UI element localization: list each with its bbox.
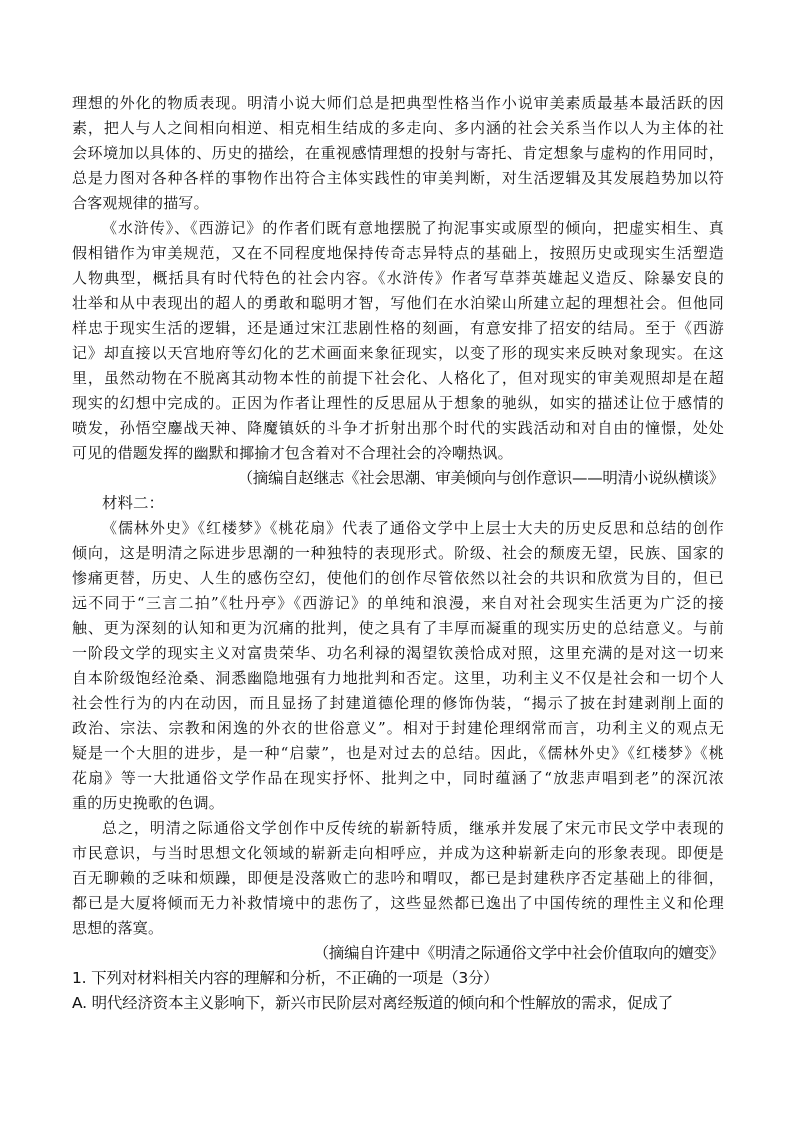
text-line: 思想的落寞。 xyxy=(72,916,724,941)
text-line: 现实的幻想中完成的。正因为作者让理性的反思屈从于想象的驰纵，如实的描述让位于感情… xyxy=(72,391,724,416)
material2-paragraph-1: 《儒林外史》《红楼梦》《桃花扇》代表了通俗文学中上层士大夫的历史反思和总结的创作… xyxy=(72,516,724,816)
exam-page: 理想的外化的物质表现。明清小说大师们总是把典型性格当作小说审美素质最基本最活跃的… xyxy=(72,91,724,1016)
text-line: 假相错作为审美规范，又在不同程度地保持传奇志异特点的基础上，按照历史或现实生活塑… xyxy=(72,241,724,266)
text-line: 记》却直接以天宫地府等幻化的艺术画面来象征现实，以变了形的现实来反映对象现实。在… xyxy=(72,341,724,366)
material2-source-citation: （摘编自许建中《明清之际通俗文学中社会价值取向的嬗变》 xyxy=(72,941,724,966)
text-line: 合客观规律的描写。 xyxy=(72,191,724,216)
text-line: 都已是大厦将倾而无力补救情境中的悲伤了，这些显然都已逸出了中国传统的理性主义和伦… xyxy=(72,891,724,916)
text-line: 市民意识，与当时思想文化领域的崭新走向相呼应，并成为这种崭新走向的形象表现。即便… xyxy=(72,841,724,866)
text-line: 理想的外化的物质表现。明清小说大师们总是把典型性格当作小说审美素质最基本最活跃的… xyxy=(72,91,724,116)
text-line: 触、更为深刻的认知和更为沉痛的批判，使之具有了丰厚而凝重的现实历史的总结意义。与… xyxy=(72,616,724,641)
text-line: 素，把人与人之间相向相逆、相克相生结成的多走向、多内涵的社会关系当作以人为主体的… xyxy=(72,116,724,141)
text-line: 疑是一个大胆的进步，是一种“启蒙”，也是对过去的总结。因此，《儒林外史》《红楼梦… xyxy=(72,741,724,766)
text-line: 总是力图对各种各样的事物作出符合主体实践性的审美判断，对生活逻辑及其发展趋势加以… xyxy=(72,166,724,191)
material2-heading: 材料二： xyxy=(72,491,724,516)
question-1-stem: 1. 下列对材料相关内容的理解和分析，不正确的一项是（3分） xyxy=(72,966,724,991)
text-line: 自本阶级饱经沧桑、洞悉幽隐地强有力地批判和否定。这里，功利主义不仅是社会和一切个… xyxy=(72,666,724,691)
text-line: 社会性行为的内在动因，而且显扬了封建道德伦理的修饰伪装，“揭示了披在封建剥削上面… xyxy=(72,691,724,716)
material1-source-citation: （摘编自赵继志《社会思潮、审美倾向与创作意识——明清小说纵横谈》 xyxy=(72,466,724,491)
material2-paragraph-2: 总之，明清之际通俗文学创作中反传统的崭新特质，继承并发展了宋元市民文学中表现的 … xyxy=(72,816,724,941)
question-1-option-a: A. 明代经济资本主义影响下，新兴市民阶层对离经叛道的倾向和个性解放的需求，促成… xyxy=(72,991,724,1016)
text-line: 一阶段文学的现实主义对富贵荣华、功名利禄的渴望钦羡恰成对照，这里充满的是对这一切… xyxy=(72,641,724,666)
text-line: 会环境加以具体的、历史的描绘，在重视感情理想的投射与寄托、肯定想象与虚构的作用同… xyxy=(72,141,724,166)
text-line: 样忠于现实生活的逻辑，还是通过宋江悲剧性格的刻画，有意安排了招安的结局。至于《西… xyxy=(72,316,724,341)
text-line: 百无聊赖的乏味和烦躁，即便是没落败亡的悲吟和喟叹，都已是封建秩序否定基础上的徘徊… xyxy=(72,866,724,891)
text-line: 重的历史挽歌的色调。 xyxy=(72,791,724,816)
material1-paragraph-2: 《水浒传》、《西游记》的作者们既有意地摆脱了拘泥事实或原型的倾向，把虚实相生、真… xyxy=(72,216,724,466)
text-line: 可见的借题发挥的幽默和揶揄才包含着对不合理社会的冷嘲热讽。 xyxy=(72,441,724,466)
text-line: 远不同于“三言二拍”《牡丹亭》《西游记》的单纯和浪漫，来自对社会现实生活更为广泛… xyxy=(72,591,724,616)
text-line: 政治、宗法、宗教和闲逸的外衣的世俗意义”。相对于封建伦理纲常而言，功利主义的观点… xyxy=(72,716,724,741)
text-line: 惨痛更替，历史、人生的感伤空幻，使他们的创作尽管依然以社会的共识和欣赏为目的，但… xyxy=(72,566,724,591)
text-line: 人物典型，概括具有时代特色的社会内容。《水浒传》作者写草莽英雄起义造反、除暴安良… xyxy=(72,266,724,291)
text-line: 喷发，孙悟空鏖战天神、降魔镇妖的斗争才折射出那个时代的实践活动和对自由的憧憬，处… xyxy=(72,416,724,441)
text-line: 《水浒传》、《西游记》的作者们既有意地摆脱了拘泥事实或原型的倾向，把虚实相生、真 xyxy=(72,216,724,241)
text-line: 壮举和从中表现出的超人的勇敢和聪明才智，写他们在水泊梁山所建立起的理想社会。但他… xyxy=(72,291,724,316)
text-line: 倾向，这是明清之际进步思潮的一种独特的表现形式。阶级、社会的颓废无望，民族、国家… xyxy=(72,541,724,566)
text-line: 总之，明清之际通俗文学创作中反传统的崭新特质，继承并发展了宋元市民文学中表现的 xyxy=(72,816,724,841)
text-line: 里，虽然动物在不脱离其动物本性的前提下社会化、人格化了，但对现实的审美观照却是在… xyxy=(72,366,724,391)
text-line: 花扇》等一大批通俗文学作品在现实抒怀、批判之中，同时蕴涵了“放悲声唱到老”的深沉… xyxy=(72,766,724,791)
material1-paragraph-1: 理想的外化的物质表现。明清小说大师们总是把典型性格当作小说审美素质最基本最活跃的… xyxy=(72,91,724,216)
text-line: 《儒林外史》《红楼梦》《桃花扇》代表了通俗文学中上层士大夫的历史反思和总结的创作 xyxy=(72,516,724,541)
